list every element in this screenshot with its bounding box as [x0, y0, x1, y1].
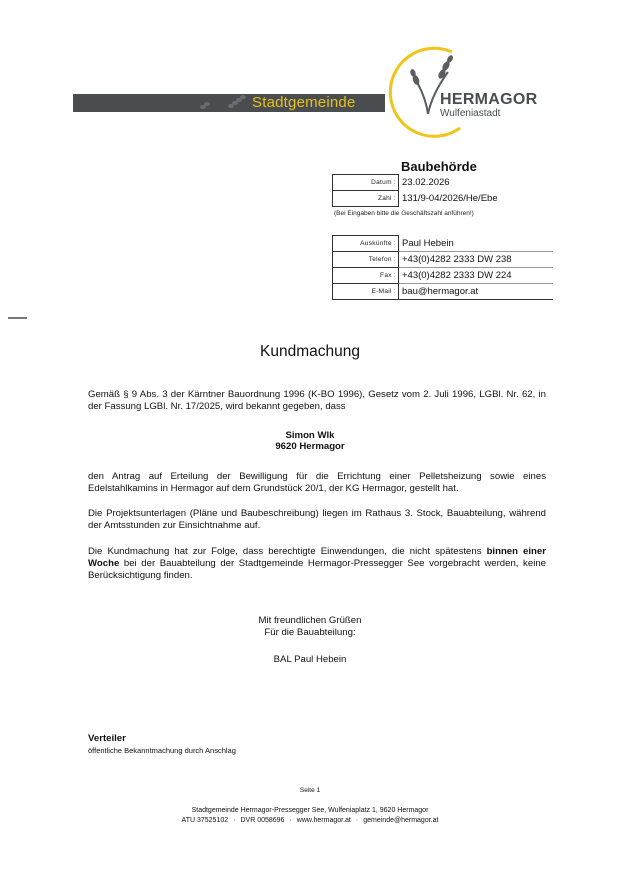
- contact-row-email: E-Mail : bau@hermagor.at: [333, 284, 553, 300]
- separator: ·: [289, 817, 291, 824]
- application-paragraph: den Antrag auf Erteilung der Bewilligung…: [88, 471, 546, 495]
- contact-row-fax: Fax : +43(0)4282 2333 DW 224: [333, 268, 553, 284]
- contact-row-person: Auskünfte : Paul Hebein: [333, 236, 553, 252]
- intro-paragraph: Gemäß § 9 Abs. 3 der Kärntner Bauordnung…: [88, 389, 546, 413]
- reference-row-date: Datum : 23.02.2026: [333, 175, 549, 191]
- email-label: E-Mail :: [333, 284, 399, 300]
- date-value: 23.02.2026: [399, 175, 549, 191]
- contact-row-phone: Telefon : +43(0)4282 2333 DW 238: [333, 252, 553, 268]
- email-value[interactable]: bau@hermagor.at: [399, 284, 553, 300]
- applicant-block: Simon Wlk 9620 Hermagor: [0, 430, 620, 452]
- page-footer: Stadtgemeinde Hermagor-Pressegger See, W…: [0, 806, 620, 826]
- number-label: Zahl :: [333, 191, 399, 207]
- contact-person-value: Paul Hebein: [399, 236, 553, 252]
- logo-title: HERMAGOR: [440, 91, 538, 109]
- phone-value: +43(0)4282 2333 DW 238: [399, 252, 553, 268]
- applicant-name: Simon Wlk: [0, 430, 620, 441]
- page-number: Seite 1: [0, 787, 620, 794]
- footer-ids: ATU 37525102·DVR 0058696·www.hermagor.at…: [0, 816, 620, 826]
- documents-paragraph: Die Projektsunterlagen (Pläne und Baubes…: [88, 508, 546, 532]
- contact-table: Auskünfte : Paul Hebein Telefon : +43(0)…: [332, 235, 553, 300]
- applicant-city: 9620 Hermagor: [0, 441, 620, 452]
- footer-dvr: DVR 0058696: [240, 817, 284, 824]
- phone-label: Telefon :: [333, 252, 399, 268]
- logo-subtitle: Wulfeniastadt: [440, 108, 500, 119]
- footer-address: Stadtgemeinde Hermagor-Pressegger See, W…: [0, 806, 620, 816]
- signoff-block: Mit freundlichen Grüßen Für die Bauabtei…: [0, 615, 620, 639]
- distribution-title: Verteiler: [88, 733, 126, 744]
- contact-person-label: Auskünfte :: [333, 236, 399, 252]
- fax-label: Fax :: [333, 268, 399, 284]
- fax-value: +43(0)4282 2333 DW 224: [399, 268, 553, 284]
- authority-title: Baubehörde: [401, 159, 477, 174]
- footer-email[interactable]: gemeinde@hermagor.at: [363, 817, 438, 824]
- signer-name: BAL Paul Hebein: [0, 654, 620, 665]
- objection-text-pre: Die Kundmachung hat zur Folge, dass bere…: [88, 546, 487, 557]
- document-title: Kundmachung: [0, 343, 620, 361]
- separator: ·: [356, 817, 358, 824]
- objection-text-post: bei der Bauabteilung der Stadtgemeinde H…: [88, 558, 546, 581]
- separator: ·: [233, 817, 235, 824]
- footer-atu: ATU 37525102: [182, 817, 229, 824]
- reference-table: Datum : 23.02.2026 Zahl : 131/9-04/2026/…: [332, 174, 549, 207]
- date-label: Datum :: [333, 175, 399, 191]
- greeting: Mit freundlichen Grüßen: [0, 615, 620, 627]
- distribution-item: öffentliche Bekanntmachung durch Anschla…: [88, 746, 236, 755]
- objection-paragraph: Die Kundmachung hat zur Folge, dass bere…: [88, 546, 546, 582]
- banner-label: Stadtgemeinde: [252, 94, 356, 112]
- fold-mark: [8, 317, 27, 319]
- number-value: 131/9-04/2026/He/Ebe: [399, 191, 549, 207]
- department: Für die Bauabteilung:: [0, 627, 620, 639]
- reference-row-number: Zahl : 131/9-04/2026/He/Ebe: [333, 191, 549, 207]
- wheat-watermark-icon: [193, 94, 253, 112]
- footer-web[interactable]: www.hermagor.at: [297, 817, 351, 824]
- reference-hint: (Bei Eingaben bitte die Geschäftszahl an…: [334, 210, 474, 217]
